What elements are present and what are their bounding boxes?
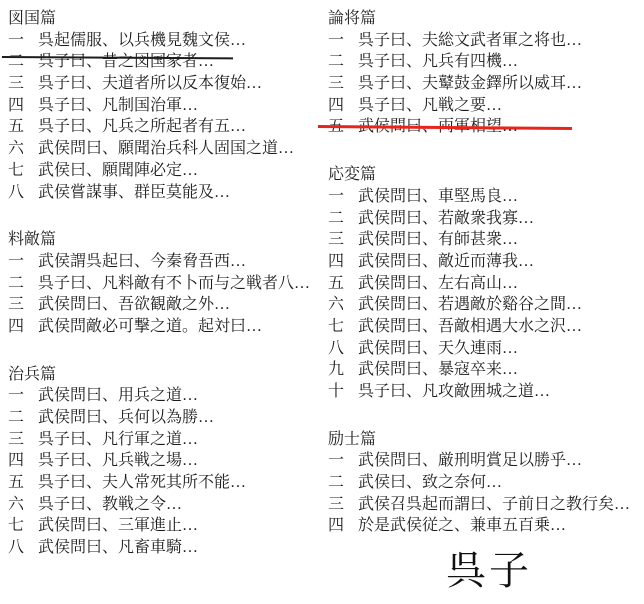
item-text: 武侯問曰、若遇敵於谿谷之間… — [358, 294, 582, 316]
item-text: 呉子曰、凡制国治軍… — [38, 95, 198, 117]
toc-item: 十呉子曰、凡攻敵囲城之道… — [328, 381, 640, 403]
toc-column-left: 図国篇一呉起儒服、以兵機見魏文侯…二呉子曰、昔之図国家者…三呉子曰、夫道者所以反… — [8, 8, 323, 585]
item-number: 三 — [328, 494, 358, 516]
toc-item: 二呉子曰、凡料敵有不卜而与之戦者八… — [8, 273, 323, 295]
item-text: 呉子曰、昔之図国家者… — [38, 51, 214, 73]
item-number: 二 — [328, 472, 358, 494]
item-number: 三 — [8, 294, 38, 316]
item-number: 六 — [8, 138, 38, 160]
toc-item: 七武侯問曰、三軍進止… — [8, 515, 323, 537]
item-text: 武侯問曰、願聞治兵科人固国之道… — [38, 138, 294, 160]
item-text: 武侯謂呉起曰、今秦脅吾西… — [38, 251, 246, 273]
item-text: 武侯問曰、暴寇卒来… — [358, 359, 518, 381]
toc-item: 七武侯曰、願聞陣必定… — [8, 160, 323, 182]
item-number: 四 — [8, 316, 38, 338]
item-number: 一 — [328, 30, 358, 52]
toc-column-right: 論将篇一呉子曰、夫総文武者軍之将也…二呉子曰、凡兵有四機…三呉子曰、夫鼙鼓金鐸所… — [328, 8, 640, 563]
item-number: 七 — [328, 316, 358, 338]
item-text: 呉子曰、夫道者所以反本復始… — [38, 73, 262, 95]
item-number: 九 — [328, 359, 358, 381]
toc-item: 七武侯問曰、吾敵相遇大水之沢… — [328, 316, 640, 338]
item-text: 武侯問曰、両軍相望… — [358, 116, 518, 138]
item-number: 五 — [328, 273, 358, 295]
item-number: 五 — [8, 116, 38, 138]
toc-item: 一呉子曰、夫総文武者軍之将也… — [328, 30, 640, 52]
toc-item: 五武侯問曰、両軍相望… — [328, 116, 640, 138]
item-number: 三 — [328, 229, 358, 251]
item-text: 呉子曰、教戦之令… — [38, 494, 182, 516]
item-number: 六 — [8, 494, 38, 516]
item-number: 一 — [328, 186, 358, 208]
item-text: 呉子曰、夫総文武者軍之将也… — [358, 30, 582, 52]
item-text: 武侯問曰、吾敵相遇大水之沢… — [358, 316, 582, 338]
item-number: 四 — [328, 515, 358, 537]
item-number: 一 — [8, 251, 38, 273]
section-heading: 図国篇 — [8, 8, 323, 30]
toc-item: 八武侯問曰、凡畜車騎… — [8, 537, 323, 559]
toc-item: 三武侯召呉起而謂曰、子前日之教行矣… — [328, 494, 640, 516]
item-text: 武侯召呉起而謂曰、子前日之教行矣… — [358, 494, 630, 516]
item-number: 十 — [328, 381, 358, 403]
toc-item: 一武侯問曰、車堅馬良… — [328, 186, 640, 208]
item-text: 呉子曰、凡兵有四機… — [358, 51, 518, 73]
toc-item: 二武侯問曰、若敵衆我寡… — [328, 208, 640, 230]
item-text: 呉子曰、凡兵戦之場… — [38, 450, 198, 472]
item-number: 八 — [8, 537, 38, 559]
item-number: 七 — [8, 515, 38, 537]
item-text: 武侯嘗謀事、群臣莫能及… — [38, 182, 230, 204]
item-text: 武侯問曰、敵近而薄我… — [358, 251, 534, 273]
item-text: 武侯問曰、若敵衆我寡… — [358, 208, 534, 230]
toc-item: 三呉子曰、夫鼙鼓金鐸所以威耳… — [328, 73, 640, 95]
toc-section: 料敵篇一武侯謂呉起曰、今秦脅吾西…二呉子曰、凡料敵有不卜而与之戦者八…三武侯問曰… — [8, 229, 323, 337]
toc-section: 治兵篇一武侯問曰、用兵之道…二武侯問曰、兵何以為勝…三呉子曰、凡行軍之道…四呉子… — [8, 364, 323, 559]
toc-item: 五武侯問曰、左右高山… — [328, 273, 640, 295]
item-number: 五 — [328, 116, 358, 138]
toc-item: 四呉子曰、凡制国治軍… — [8, 95, 323, 117]
book-title: 呉子 — [446, 549, 532, 593]
item-number: 四 — [8, 95, 38, 117]
item-text: 呉子曰、凡攻敵囲城之道… — [358, 381, 550, 403]
toc-page: 図国篇一呉起儒服、以兵機見魏文侯…二呉子曰、昔之図国家者…三呉子曰、夫道者所以反… — [0, 0, 644, 604]
item-text: 武侯問曰、有師甚衆… — [358, 229, 518, 251]
toc-item: 三呉子曰、凡行軍之道… — [8, 429, 323, 451]
toc-item: 三武侯問曰、吾欲観敵之外… — [8, 294, 323, 316]
item-text: 武侯問曰、左右高山… — [358, 273, 518, 295]
toc-item: 三呉子曰、夫道者所以反本復始… — [8, 73, 323, 95]
item-number: 三 — [328, 73, 358, 95]
item-text: 武侯問曰、凡畜車騎… — [38, 537, 198, 559]
toc-section: 応変篇一武侯問曰、車堅馬良…二武侯問曰、若敵衆我寡…三武侯問曰、有師甚衆…四武侯… — [328, 164, 640, 403]
section-heading: 励士篇 — [328, 429, 640, 451]
item-number: 八 — [8, 182, 38, 204]
toc-item: 八武侯嘗謀事、群臣莫能及… — [8, 182, 323, 204]
toc-section: 図国篇一呉起儒服、以兵機見魏文侯…二呉子曰、昔之図国家者…三呉子曰、夫道者所以反… — [8, 8, 323, 203]
item-number: 一 — [8, 30, 38, 52]
toc-item: 一呉起儒服、以兵機見魏文侯… — [8, 30, 323, 52]
section-heading: 応変篇 — [328, 164, 640, 186]
item-number: 四 — [328, 251, 358, 273]
item-number: 一 — [328, 450, 358, 472]
item-text: 武侯問曰、用兵之道… — [38, 385, 198, 407]
item-number: 八 — [328, 338, 358, 360]
item-number: 三 — [8, 429, 38, 451]
item-number: 四 — [8, 450, 38, 472]
item-number: 六 — [328, 294, 358, 316]
toc-item: 四於是武侯従之、兼車五百乗… — [328, 515, 640, 537]
item-text: 呉子曰、夫鼙鼓金鐸所以威耳… — [358, 73, 582, 95]
toc-item: 二武侯問曰、兵何以為勝… — [8, 407, 323, 429]
toc-section: 論将篇一呉子曰、夫総文武者軍之将也…二呉子曰、凡兵有四機…三呉子曰、夫鼙鼓金鐸所… — [328, 8, 640, 138]
item-text: 武侯問曰、車堅馬良… — [358, 186, 518, 208]
item-text: 武侯問曰、天久連雨… — [358, 338, 518, 360]
item-text: 於是武侯従之、兼車五百乗… — [358, 515, 566, 537]
item-text: 呉子曰、凡兵之所起者有五… — [38, 116, 246, 138]
toc-item: 四武侯問敵必可撃之道。起対曰… — [8, 316, 323, 338]
toc-item: 一武侯問曰、用兵之道… — [8, 385, 323, 407]
toc-item: 四呉子曰、凡兵戦之場… — [8, 450, 323, 472]
toc-item: 六呉子曰、教戦之令… — [8, 494, 323, 516]
section-heading: 論将篇 — [328, 8, 640, 30]
section-heading: 料敵篇 — [8, 229, 323, 251]
section-heading: 治兵篇 — [8, 364, 323, 386]
item-text: 武侯問敵必可撃之道。起対曰… — [38, 316, 262, 338]
item-text: 武侯問曰、三軍進止… — [38, 515, 198, 537]
toc-item: 一武侯謂呉起曰、今秦脅吾西… — [8, 251, 323, 273]
toc-item: 三武侯問曰、有師甚衆… — [328, 229, 640, 251]
item-number: 二 — [328, 208, 358, 230]
toc-item: 二呉子曰、昔之図国家者… — [8, 51, 323, 73]
item-text: 呉子曰、凡料敵有不卜而与之戦者八… — [38, 273, 310, 295]
toc-item: 二呉子曰、凡兵有四機… — [328, 51, 640, 73]
toc-item: 二武侯曰、致之奈何… — [328, 472, 640, 494]
item-text: 武侯問曰、厳刑明賞足以勝乎… — [358, 450, 582, 472]
item-text: 武侯問曰、兵何以為勝… — [38, 407, 214, 429]
item-text: 武侯問曰、吾欲観敵之外… — [38, 294, 230, 316]
item-text: 呉起儒服、以兵機見魏文侯… — [38, 30, 246, 52]
item-text: 呉子曰、凡戦之要… — [358, 95, 502, 117]
item-number: 二 — [8, 273, 38, 295]
item-text: 武侯曰、致之奈何… — [358, 472, 502, 494]
item-number: 二 — [328, 51, 358, 73]
item-text: 呉子曰、夫人常死其所不能… — [38, 472, 246, 494]
toc-item: 九武侯問曰、暴寇卒来… — [328, 359, 640, 381]
item-number: 一 — [8, 385, 38, 407]
toc-item: 四呉子曰、凡戦之要… — [328, 95, 640, 117]
toc-item: 五呉子曰、夫人常死其所不能… — [8, 472, 323, 494]
toc-section: 励士篇一武侯問曰、厳刑明賞足以勝乎…二武侯曰、致之奈何…三武侯召呉起而謂曰、子前… — [328, 429, 640, 537]
toc-item: 六武侯問曰、若遇敵於谿谷之間… — [328, 294, 640, 316]
item-number: 二 — [8, 407, 38, 429]
toc-item: 五呉子曰、凡兵之所起者有五… — [8, 116, 323, 138]
item-number: 七 — [8, 160, 38, 182]
toc-item: 一武侯問曰、厳刑明賞足以勝乎… — [328, 450, 640, 472]
item-number: 二 — [8, 51, 38, 73]
toc-item: 四武侯問曰、敵近而薄我… — [328, 251, 640, 273]
toc-item: 六武侯問曰、願聞治兵科人固国之道… — [8, 138, 323, 160]
toc-item: 八武侯問曰、天久連雨… — [328, 338, 640, 360]
item-text: 呉子曰、凡行軍之道… — [38, 429, 198, 451]
item-number: 五 — [8, 472, 38, 494]
item-number: 三 — [8, 73, 38, 95]
item-text: 武侯曰、願聞陣必定… — [38, 160, 198, 182]
item-number: 四 — [328, 95, 358, 117]
